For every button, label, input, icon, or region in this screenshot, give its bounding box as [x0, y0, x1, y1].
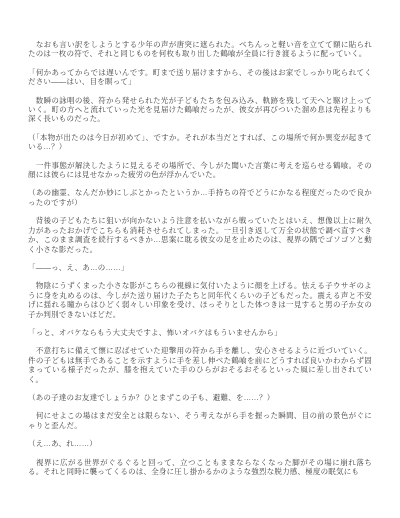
novel-paragraph: 物陰にうずくまった小さな影がこちらの視線に気付いたように顔を上げる。怯える子ウサ… — [28, 281, 372, 319]
novel-page: なおも言い訳をしようとする少年の声が唐突に遮られた。べちんっと軽い音を立てて額に… — [0, 0, 400, 518]
novel-paragraph: 数瞬の詠唱の後、符から発せられた光が子どもたちを包み込み、軌跡を残して天へと駆け… — [28, 96, 372, 124]
novel-paragraph: 「――っ、え、あ…の……」 — [28, 263, 372, 272]
novel-paragraph: 「っと、オバケならもう大丈夫ですよ、怖いオバケはもういませんから」 — [28, 328, 372, 337]
novel-text-body: なおも言い訳をしようとする少年の声が唐突に遮られた。べちんっと軽い音を立てて額に… — [0, 0, 400, 476]
novel-paragraph: 視界に広がる世界がぐるぐると回って、立つこともままならなくなった脚がその場に崩れ… — [28, 458, 372, 477]
novel-paragraph: なおも言い訳をしようとする少年の声が唐突に遮られた。べちんっと軽い音を立てて額に… — [28, 40, 372, 59]
novel-paragraph: 一件事態が解決したように見えるその場所で、今しがた聞いた言葉に考えを巡らせる鶴喰… — [28, 161, 372, 180]
novel-paragraph: （あの子達のお友達でしょうか？ひとまずこの子も、避難、を……？） — [28, 393, 372, 402]
novel-paragraph: （え…あ、れ……） — [28, 439, 372, 448]
novel-paragraph: 何にせよこの場はまだ安全とは限らない、そう考えながら手を握った瞬間、目の前の景色… — [28, 411, 372, 430]
novel-paragraph: 不意打ちに備えて懐に忍ばせていた迎撃用の符から手を離し、安心させるように近づいて… — [28, 346, 372, 384]
novel-paragraph: （あの幽霊、なんだか妙にしぶとかったというか…手持ちの符でどうにかなる程度だった… — [28, 188, 372, 207]
novel-paragraph: 背後の子どもたちに狙いが向かないよう注意を払いながら戦っていたとはいえ、想像以上… — [28, 216, 372, 254]
novel-paragraph: （「本物が出たのは今日が初めて」、ですか。それが本当だとすれば、この場所で何か異… — [28, 133, 372, 152]
novel-paragraph: 「何かあってからでは遅いんです。町まで送り届けますから、その後はお家でしっかり叱… — [28, 68, 372, 87]
